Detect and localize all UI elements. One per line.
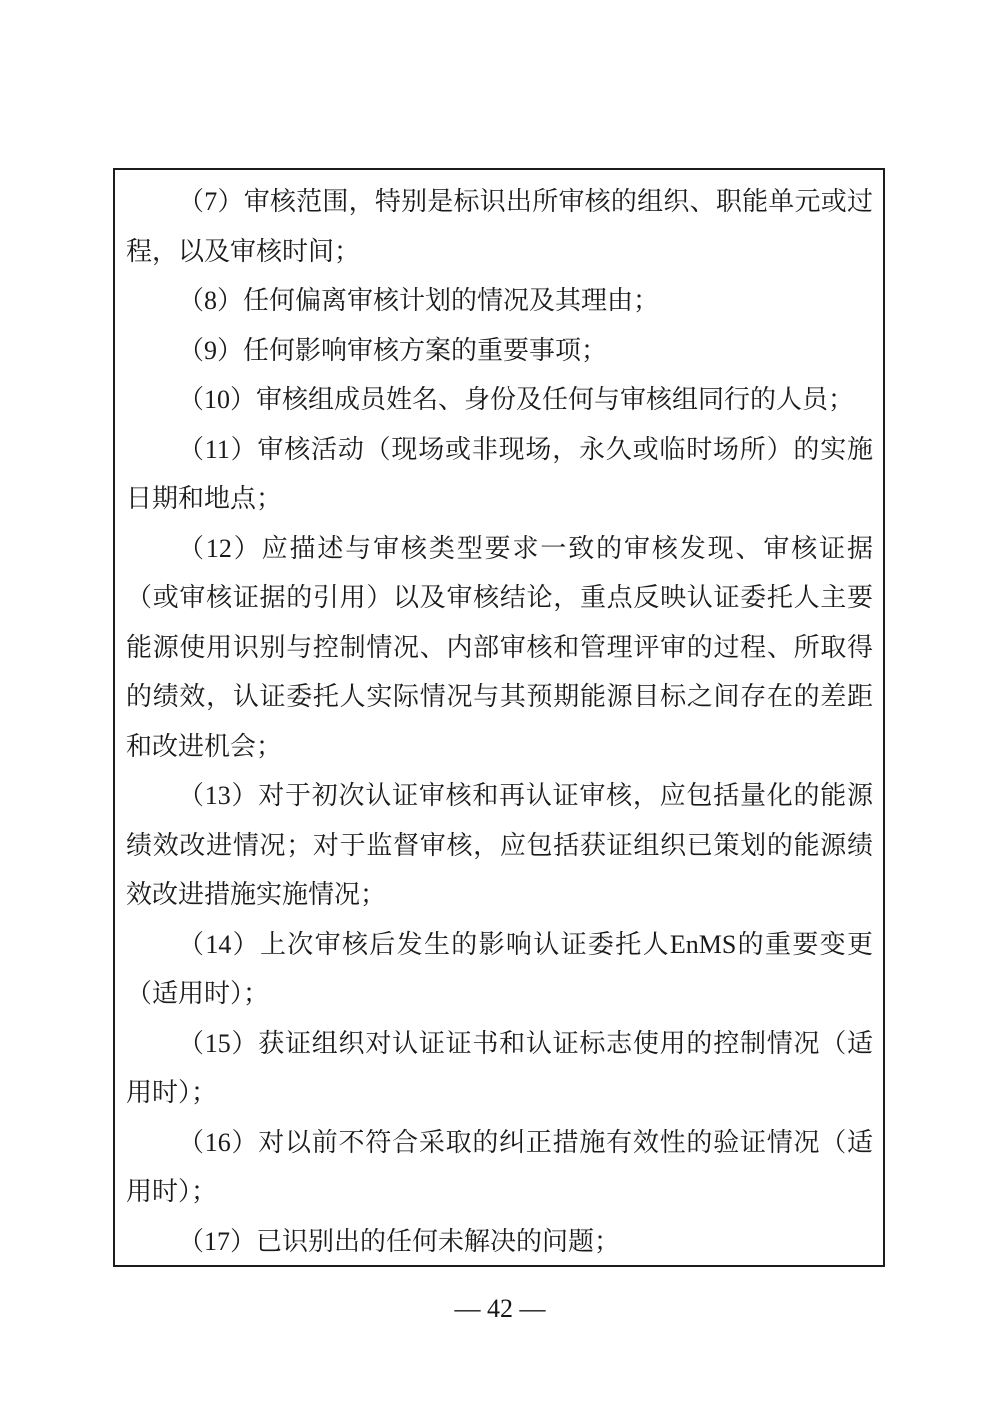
numbered-item-13: （13）对于初次认证审核和再认证审核，应包括量化的能源绩效改进情况；对于监督审核… xyxy=(126,771,873,920)
content-border-box: （7）审核范围，特别是标识出所审核的组织、职能单元或过程，以及审核时间； （8）… xyxy=(113,168,885,1267)
page-number: — 42 — xyxy=(0,1294,1000,1324)
numbered-item-9: （9）任何影响审核方案的重要事项； xyxy=(126,326,873,376)
document-page: （7）审核范围，特别是标识出所审核的组织、职能单元或过程，以及审核时间； （8）… xyxy=(0,0,1000,1414)
numbered-item-16: （16）对以前不符合采取的纠正措施有效性的验证情况（适用时）； xyxy=(126,1118,873,1217)
numbered-item-15: （15）获证组织对认证证书和认证标志使用的控制情况（适用时）； xyxy=(126,1019,873,1118)
numbered-item-7: （7）审核范围，特别是标识出所审核的组织、职能单元或过程，以及审核时间； xyxy=(126,177,873,276)
numbered-item-10: （10）审核组成员姓名、身份及任何与审核组同行的人员； xyxy=(126,375,873,425)
numbered-item-14: （14）上次审核后发生的影响认证委托人EnMS的重要变更（适用时）； xyxy=(126,920,873,1019)
numbered-item-11: （11）审核活动（现场或非现场，永久或临时场所）的实施日期和地点； xyxy=(126,425,873,524)
numbered-item-12: （12）应描述与审核类型要求一致的审核发现、审核证据（或审核证据的引用）以及审核… xyxy=(126,524,873,772)
numbered-item-17: （17）已识别出的任何未解决的问题； xyxy=(126,1217,873,1267)
numbered-item-8: （8）任何偏离审核计划的情况及其理由； xyxy=(126,276,873,326)
